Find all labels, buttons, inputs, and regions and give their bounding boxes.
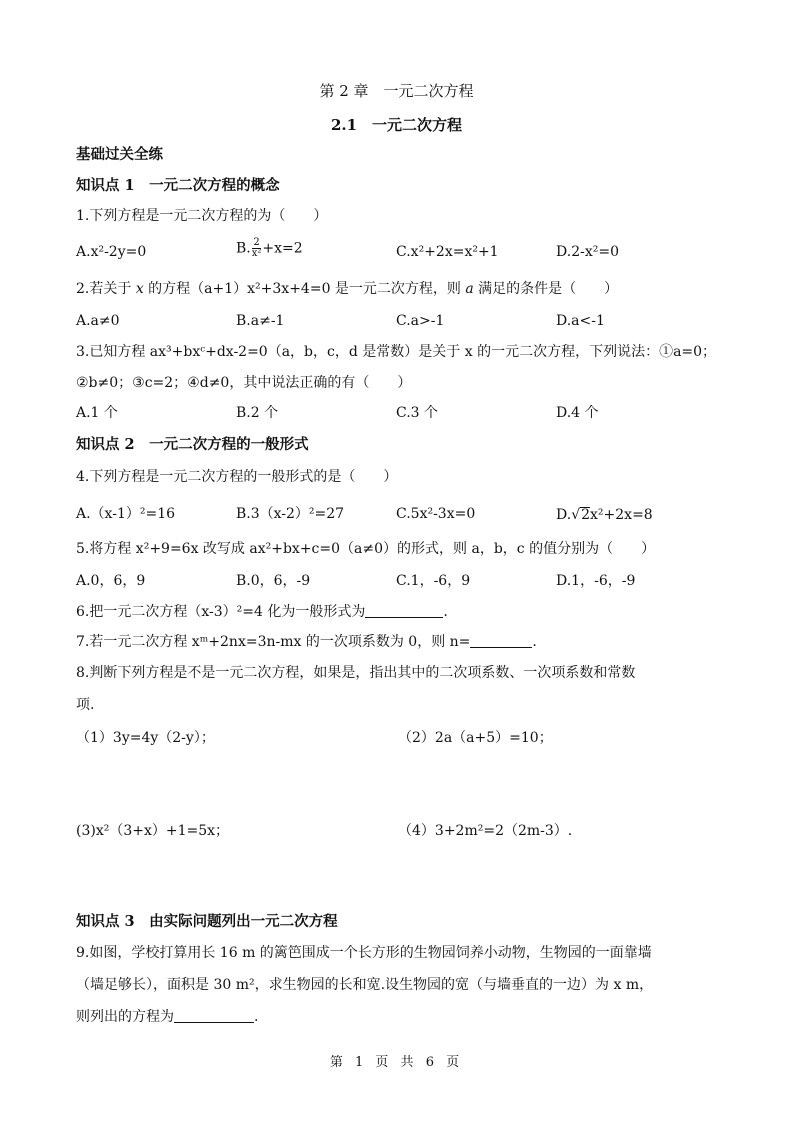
question-6-stem: 6.把一元二次方程（x-3）²=4 化为一般形式为 [76, 604, 365, 620]
stem-text: 满足的条件是（ ） [474, 281, 618, 297]
question-4-option-a: A.（x-1）²=16 [76, 507, 175, 521]
sqrt-sign: √ [571, 507, 580, 523]
question-5-option-b: B.0，6，-9 [236, 574, 310, 588]
question-4-stem: 4.下列方程是一元二次方程的一般形式的是（ ） [76, 470, 397, 484]
question-2-option-a: A.a≠0 [76, 314, 120, 328]
stem-text: 的方程（ [144, 281, 204, 297]
knowledge-point-2: 知识点 2 一元二次方程的一般形式 [76, 438, 309, 453]
sqrt-radicand: 2 [580, 507, 590, 522]
question-8-part-1: （1）3y=4y（2-y）； [76, 731, 215, 745]
knowledge-point-3: 知识点 3 由实际问题列出一元二次方程 [76, 915, 338, 930]
question-7: 7.若一元二次方程 xᵐ+2nx=3n-mx 的一次项系数为 0，则 n=. [76, 635, 537, 649]
question-3-option-c: C.3 个 [396, 406, 438, 420]
question-3-option-d: D.4 个 [556, 406, 599, 420]
option-expression: 2-x²=0 [571, 244, 619, 260]
question-8-part-3: (3)x²（3+x）+1=5x； [76, 824, 229, 838]
question-5-option-a: A.0，6，9 [76, 574, 145, 588]
option-expression: x²-2y=0 [91, 244, 147, 260]
stem-text: a+1）x²+3x+4=0 是一元二次方程，则 [204, 281, 465, 297]
option-expression: +x=2 [262, 241, 302, 257]
question-5-stem: 5.将方程 x²+9=6x 改写成 ax²+bx+c=0（a≠0）的形式，则 a… [76, 542, 655, 556]
question-4-option-b: B.3（x-2）²=27 [236, 507, 344, 521]
question-1-option-a: A.x²-2y=0 [76, 245, 146, 259]
question-9-line-2: （墙足够长），面积是 30 m²，求生物园的长和宽.设生物园的宽（与墙垂直的一边… [76, 978, 653, 992]
question-3-line-2: ②b≠0；③c=2；④d≠0，其中说法正确的有（ ） [76, 376, 411, 390]
question-2-option-c: C.a>-1 [396, 314, 444, 328]
question-1-stem: 1.下列方程是一元二次方程的为（ ） [76, 209, 327, 223]
chapter-title: 第 2 章 一元二次方程 [0, 84, 793, 99]
period: . [254, 1009, 258, 1025]
question-2-stem: 2.若关于 x 的方程（a+1）x²+3x+4=0 是一元二次方程，则 a 满足… [76, 282, 618, 296]
stem-text: 2.若关于 [76, 281, 136, 297]
variable: a [465, 281, 473, 297]
question-5-option-d: D.1，-6，-9 [556, 574, 635, 588]
option-label: C. [396, 244, 411, 260]
question-9-line-1: 9.如图，学校打算用长 16 m 的篱笆围成一个长方形的生物园饲养小动物，生物园… [76, 946, 652, 960]
page-footer: 第 1 页 共 6 页 [0, 1056, 793, 1069]
question-3-line-1: 3.已知方程 ax³+bxᶜ+dx-2=0（a，b，c，d 是常数）是关于 x … [76, 345, 716, 359]
option-label: D. [556, 244, 571, 260]
question-2-option-b: B.a≠-1 [236, 314, 284, 328]
fraction-denominator: x² [252, 249, 262, 259]
option-expression: x²+2x=x²+1 [411, 244, 499, 260]
period: . [443, 604, 447, 620]
fraction: 2x² [252, 238, 262, 259]
practice-title: 基础过关全练 [76, 148, 163, 163]
period: . [532, 634, 536, 650]
question-1-option-d: D.2-x²=0 [556, 245, 619, 259]
question-9-line-3: 则列出的方程为. [76, 1010, 258, 1024]
answer-blank[interactable] [365, 605, 443, 618]
question-8-part-4: （4）3+2m²=2（2m-3）. [398, 824, 572, 838]
question-2-option-d: D.a<-1 [556, 314, 605, 328]
question-8-line-1: 8.判断下列方程是不是一元二次方程，如果是，指出其中的二次项系数、一次项系数和常… [76, 666, 635, 680]
question-5-option-c: C.1，-6，9 [396, 574, 470, 588]
question-8-part-2: （2）2a（a+5）=10； [398, 731, 553, 745]
variable: x [136, 281, 144, 297]
question-1-option-c: C.x²+2x=x²+1 [396, 245, 499, 259]
answer-blank[interactable] [470, 635, 532, 648]
option-label: D. [556, 507, 571, 523]
question-6: 6.把一元二次方程（x-3）²=4 化为一般形式为. [76, 605, 448, 619]
knowledge-point-1: 知识点 1 一元二次方程的概念 [76, 179, 280, 194]
question-1-option-b: B.2x²+x=2 [236, 238, 303, 259]
question-3-option-a: A.1 个 [76, 406, 118, 420]
question-8-line-2: 项. [76, 698, 94, 712]
option-label: B. [236, 241, 251, 257]
answer-blank[interactable] [174, 1010, 254, 1023]
question-9-stem-end: 则列出的方程为 [76, 1009, 174, 1025]
question-3-option-b: B.2 个 [236, 406, 278, 420]
section-title: 2.1 一元二次方程 [0, 118, 793, 133]
question-4-option-d: D.√2x²+2x=8 [556, 507, 653, 522]
question-4-option-c: C.5x²-3x=0 [396, 507, 475, 521]
option-expression: x²+2x=8 [590, 507, 653, 523]
question-7-stem: 7.若一元二次方程 xᵐ+2nx=3n-mx 的一次项系数为 0，则 n= [76, 634, 470, 650]
option-label: A. [76, 244, 91, 260]
